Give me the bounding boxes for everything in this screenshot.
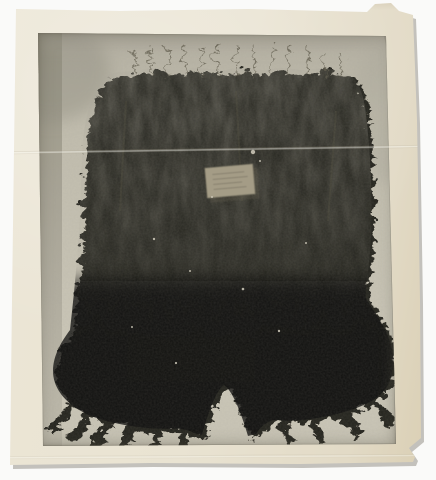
halftone-grain xyxy=(36,31,398,448)
photograph xyxy=(0,0,436,480)
scanned-page xyxy=(0,0,436,480)
paper-crease-bottom xyxy=(8,454,428,459)
fur-garment-illustration xyxy=(36,31,398,448)
mount-paper xyxy=(0,0,436,480)
